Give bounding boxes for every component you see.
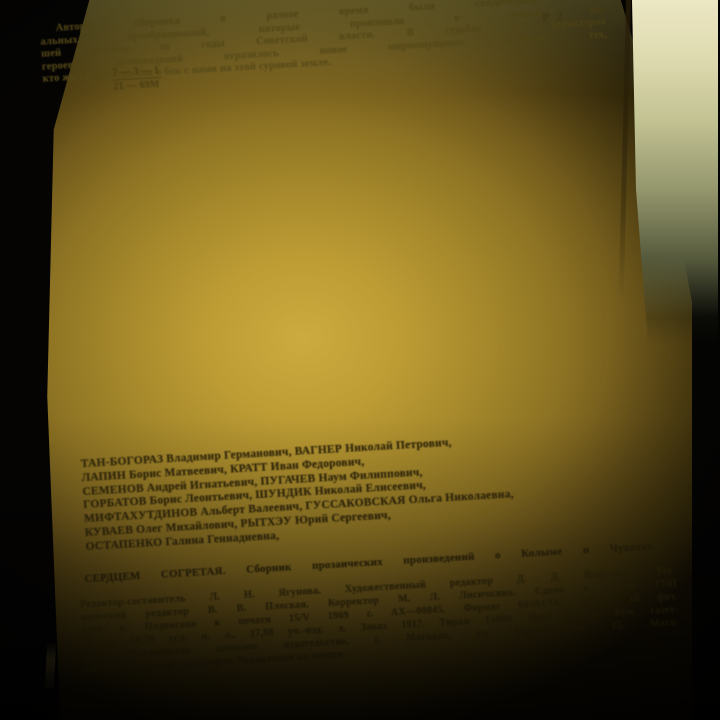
book-page-photo: 288 г. 15 Авторы сборника в разное время…	[0, 0, 720, 720]
imprint-block: Редактор-составитель Л. Н. Ягунова. Худо…	[80, 564, 681, 677]
printed-content: 288 г. 15 Авторы сборника в разное время…	[0, 0, 688, 719]
author-list: ТАН-БОГОРАЗ Владимир Германович, ВАГНЕР …	[81, 433, 516, 554]
classification-code: 7 — 3 — 1 21 — 69М	[110, 65, 162, 93]
page-index-label: Р 2	[542, 10, 566, 26]
